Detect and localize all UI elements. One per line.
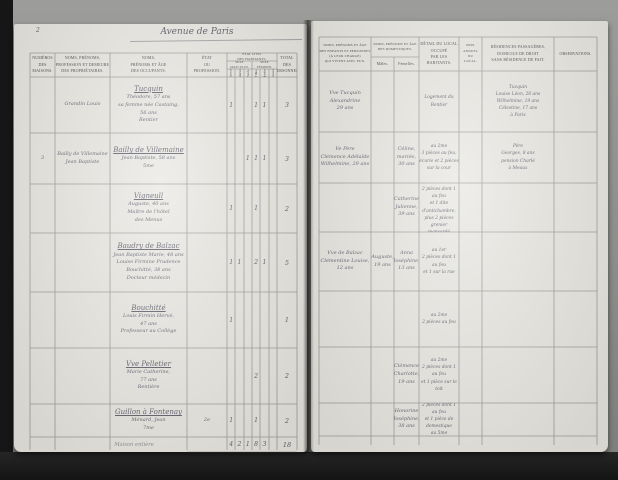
dwelling-detail: au 1er 2 pièces dont 1 au feu et 1 dite … xyxy=(419,183,459,232)
rent-price xyxy=(459,132,482,183)
count-garcons: 1 xyxy=(227,404,235,437)
observations-note xyxy=(554,403,597,436)
row-total: 3 xyxy=(277,77,297,133)
servants-male: Auguste, 19 ans xyxy=(371,232,394,291)
total-filles: 8 xyxy=(252,437,260,452)
occupant-family-name: Guillon à Fontenay xyxy=(115,408,182,417)
census-row: Vve Pelletier Marie Catherine, 77 ans Re… xyxy=(30,348,297,404)
occupant-details: Jean Baptiste, 58 ans 5me xyxy=(122,155,176,171)
occupant-entry: Guillon à Fontenay Ménard, Jean 7me xyxy=(110,404,187,437)
observations-note xyxy=(554,71,597,132)
count-veuves xyxy=(269,77,277,133)
total-maries: 2 xyxy=(235,437,243,452)
count-mariees: 1 xyxy=(260,133,268,184)
dwelling-detail: au 2me 3 pièces au feu, écurie et 2 pièc… xyxy=(419,132,459,183)
profession-note xyxy=(187,184,227,233)
etat-civil-counts: 2 xyxy=(227,348,277,404)
count-veufs xyxy=(244,404,252,437)
row-total: 1 xyxy=(277,292,297,348)
count-filles: 1 xyxy=(252,184,260,233)
profession-note xyxy=(187,292,227,348)
count-filles: 2 xyxy=(252,348,260,404)
count-mariees xyxy=(260,348,268,404)
occupant-family-name: Vve Pelletier xyxy=(126,360,171,369)
page-gutter-shadow xyxy=(303,20,314,453)
dwelling-detail: au 1er 2 pièces dont 1 au feu et 1 sur l… xyxy=(419,232,459,291)
census-row: Vve Tucquin Alexandrine 29 ans Logement … xyxy=(319,71,597,132)
count-veuves xyxy=(269,404,277,437)
header-numeros-maisons: NUMÉROS DES MAISONS. xyxy=(30,53,55,77)
owner-name: Bailly de Villemaine Jean Baptiste xyxy=(55,133,110,184)
rent-price xyxy=(459,232,482,291)
count-filles: 2 xyxy=(252,233,260,292)
occupant-entry: Bouchitté Louis Firmin Hervé, 47 ans Pro… xyxy=(110,292,187,348)
children-names xyxy=(319,183,371,232)
house-number xyxy=(30,348,55,404)
etat-civil-counts: 1 1 xyxy=(227,184,277,233)
census-row: au 2me 2 pièces au feu xyxy=(319,291,597,347)
etat-civil-counts: 1 1 1 xyxy=(227,77,277,133)
profession-note xyxy=(187,348,227,404)
children-names: Vve de Balzac Clémentine Louise, 12 ans xyxy=(319,232,371,291)
header-etat-profession: ÉTAT OU PROFESSION. xyxy=(187,53,227,77)
census-row: Guillon à Fontenay Ménard, Jean 7me 2e 1… xyxy=(30,404,297,437)
bottom-shadow-band xyxy=(0,452,618,480)
occupant-family-name: Vigneull xyxy=(134,192,163,201)
owner-name xyxy=(55,404,110,437)
count-veuves xyxy=(269,348,277,404)
profession-note xyxy=(187,133,227,184)
header-enfants: NOMS, PRÉNOMS ET ÂGE DES ENFANTS ET PERS… xyxy=(319,37,371,71)
occupant-details: Louis Firmin Hervé, 47 ans Professeur au… xyxy=(121,313,177,336)
temporary-residences xyxy=(482,291,554,347)
census-row: Grandin Louis Tucquin Théodore, 57 ans s… xyxy=(30,77,297,133)
count-veufs xyxy=(244,292,252,348)
count-garcons: 1 xyxy=(227,77,235,133)
count-garcons xyxy=(227,133,235,184)
row-total: 3 xyxy=(277,133,297,184)
header-observations: OBSERVATIONS. xyxy=(554,37,597,71)
count-filles: 1 xyxy=(252,404,260,437)
observations-note xyxy=(554,232,597,291)
profession-note xyxy=(187,77,227,133)
count-maries xyxy=(235,348,243,404)
dwelling-detail: au 2me 2 pièces au feu xyxy=(419,291,459,347)
header-etat-civil: ÉTAT CIVIL DES HABITANTS. xyxy=(227,53,277,61)
count-maries: 1 xyxy=(235,233,243,292)
rent-price xyxy=(459,291,482,347)
total-garcons: 4 xyxy=(227,437,235,452)
header-proprietaires: NOMS, PRÉNOMS, PROFESSION ET DEMEURE DES… xyxy=(55,53,110,77)
house-number xyxy=(30,292,55,348)
header-domestiques: NOMS, PRÉNOMS ET ÂGE DES DOMESTIQUES. xyxy=(371,37,419,57)
total-veufs: 1 xyxy=(244,437,252,452)
census-row: Honorine Joséphine, 38 ans 2 pièces dont… xyxy=(319,403,597,436)
totals-etat-civil: 4 2 1 8 3 xyxy=(227,437,277,452)
servants-male xyxy=(371,183,394,232)
census-row: Baudry de Balzac Jean Baptiste Marie, 48… xyxy=(30,233,297,292)
occupant-details: Auguste, 40 ans Maître de l'hôtel des Me… xyxy=(127,201,169,224)
header-detail-local: DÉTAIL DU LOCAL OCCUPÉ PAR LES HABITANTS… xyxy=(419,37,459,71)
rent-price xyxy=(459,183,482,232)
count-garcons xyxy=(227,348,235,404)
dwelling-detail: Logement du Rentier xyxy=(419,71,459,132)
servants-male xyxy=(371,347,394,403)
servants-male xyxy=(371,71,394,132)
profession-note: 2e xyxy=(187,404,227,437)
count-maries xyxy=(235,133,243,184)
etat-civil-counts: 1 xyxy=(227,292,277,348)
row-total: 2 xyxy=(277,404,297,437)
observations-note xyxy=(554,291,597,347)
servants-female: Catherine Julienne, 39 ans xyxy=(394,183,419,232)
count-veufs xyxy=(244,184,252,233)
etat-civil-counts: 1 1 1 xyxy=(227,133,277,184)
count-garcons: 1 xyxy=(227,292,235,348)
children-names xyxy=(319,403,371,436)
temporary-residences: Père Georges, 8 ans pension Charlé à Mea… xyxy=(482,132,554,183)
servants-female xyxy=(394,71,419,132)
count-mariees: 1 xyxy=(260,233,268,292)
temporary-residences xyxy=(482,232,554,291)
total-veuves xyxy=(269,437,277,452)
occupant-family-name: Tucquin xyxy=(134,85,163,94)
count-veuves xyxy=(269,184,277,233)
count-maries xyxy=(235,184,243,233)
header-total: TOTAL DES PERSONNES. xyxy=(277,53,297,77)
count-garcons: 1 xyxy=(227,233,235,292)
count-maries xyxy=(235,292,243,348)
left-page-sheet: 2 Avenue de Paris NUMÉROS DES MAISONS. N… xyxy=(14,24,307,452)
dwelling-detail: au 2me 2 pièces dont 1 au feu et 1 pièce… xyxy=(419,347,459,403)
scanned-register-view: 2 Avenue de Paris NUMÉROS DES MAISONS. N… xyxy=(0,0,618,480)
header-filles: Filles. xyxy=(252,69,260,77)
house-number xyxy=(30,233,55,292)
count-veuves xyxy=(269,292,277,348)
count-veuves xyxy=(269,233,277,292)
servants-male xyxy=(371,132,394,183)
header-males: Mâles. xyxy=(371,57,394,71)
owner-name xyxy=(55,292,110,348)
rent-price xyxy=(459,71,482,132)
observations-note xyxy=(554,183,597,232)
count-maries xyxy=(235,404,243,437)
count-garcons: 1 xyxy=(227,184,235,233)
header-garcons: Garçons. xyxy=(227,69,235,77)
owner-name: Grandin Louis xyxy=(55,77,110,133)
occupant-details: Marie Catherine, 77 ans Rentière xyxy=(127,369,170,392)
rent-price xyxy=(459,403,482,436)
house-number: 3 xyxy=(30,133,55,184)
servants-female: Anna Joséphine, 13 ans xyxy=(394,232,419,291)
count-veufs xyxy=(244,233,252,292)
header-veuves: Veuves. xyxy=(269,69,277,77)
grand-total: 18 xyxy=(277,437,297,452)
occupant-entry: Baudry de Balzac Jean Baptiste Marie, 48… xyxy=(110,233,187,292)
servants-male xyxy=(371,403,394,436)
header-femelles: Femelles. xyxy=(394,57,419,71)
occupant-entry: Vigneull Auguste, 40 ans Maître de l'hôt… xyxy=(110,184,187,233)
occupant-family-name: Baudry de Balzac xyxy=(117,242,179,251)
house-number xyxy=(30,404,55,437)
count-veufs xyxy=(244,77,252,133)
children-names xyxy=(319,291,371,347)
bottom-handwritten-note: Maison entière xyxy=(94,442,174,448)
count-veufs xyxy=(244,348,252,404)
header-occupants: NOMS, PRÉNOMS ET ÂGE DES OCCUPANTS. xyxy=(110,53,187,77)
occupant-family-name: Bouchitté xyxy=(131,304,165,313)
occupant-details: Jean Baptiste Marie, 48 ans Louise Firmi… xyxy=(113,252,183,283)
occupant-details: Théodore, 57 ans sa femme née Castaing, … xyxy=(118,94,179,125)
dwelling-detail: 2 pièces dont 1 au feu et 1 pièce de dom… xyxy=(419,403,459,436)
header-residences: RÉSIDENCES PASSAGÈRES, DOMICILE DE DROIT… xyxy=(482,37,554,71)
count-filles: 1 xyxy=(252,77,260,133)
house-number xyxy=(30,77,55,133)
owner-name xyxy=(55,348,110,404)
census-row: Catherine Julienne, 39 ans au 1er 2 pièc… xyxy=(319,183,597,232)
profession-note xyxy=(187,233,227,292)
servants-female: Céline, mariée, 30 ans xyxy=(394,132,419,183)
census-row: Ve Père Clémence Adélaïde Wilhelmine, 29… xyxy=(319,132,597,183)
house-number xyxy=(30,184,55,233)
header-prix-local: PRIX ANNUEL DU LOCAL. xyxy=(459,37,482,71)
total-mariees: 3 xyxy=(260,437,268,452)
count-filles: 1 xyxy=(252,133,260,184)
header-maries: Mariés. xyxy=(235,69,244,77)
temporary-residences xyxy=(482,347,554,403)
temporary-residences xyxy=(482,403,554,436)
etat-civil-counts: 1 1 2 1 xyxy=(227,233,277,292)
occupant-details: Ménard, Jean 7me xyxy=(131,417,165,433)
temporary-residences xyxy=(482,183,554,232)
count-veuves xyxy=(269,133,277,184)
count-maries xyxy=(235,77,243,133)
row-total: 5 xyxy=(277,233,297,292)
occupant-family-name: Bailly de Villemaine xyxy=(113,146,184,155)
count-mariees xyxy=(260,184,268,233)
count-veufs: 1 xyxy=(244,133,252,184)
census-row: Bouchitté Louis Firmin Hervé, 47 ans Pro… xyxy=(30,292,297,348)
census-row: Clémence Charlotte, 19 ans au 2me 2 pièc… xyxy=(319,347,597,403)
header-sexe-masculin: SEXE MASCULIN. xyxy=(227,61,252,69)
children-names: Vve Tucquin Alexandrine 29 ans xyxy=(319,71,371,132)
header-mariees: Mariées. xyxy=(260,69,269,77)
census-row: Vigneull Auguste, 40 ans Maître de l'hôt… xyxy=(30,184,297,233)
count-mariees: 1 xyxy=(260,77,268,133)
right-page-sheet: NOMS, PRÉNOMS ET ÂGE DES ENFANTS ET PERS… xyxy=(311,21,608,452)
census-row: Vve de Balzac Clémentine Louise, 12 ans … xyxy=(319,232,597,291)
owner-name xyxy=(55,184,110,233)
header-veufs: Veufs. xyxy=(244,69,252,77)
count-mariees xyxy=(260,404,268,437)
rent-price xyxy=(459,347,482,403)
etat-civil-counts: 1 1 xyxy=(227,404,277,437)
observations-note xyxy=(554,132,597,183)
count-mariees xyxy=(260,292,268,348)
row-total: 2 xyxy=(277,348,297,404)
servants-male xyxy=(371,291,394,347)
census-row: 3 Bailly de Villemaine Jean Baptiste Bai… xyxy=(30,133,297,184)
servants-female: Clémence Charlotte, 19 ans xyxy=(394,347,419,403)
servants-female xyxy=(394,291,419,347)
count-filles xyxy=(252,292,260,348)
occupant-entry: Tucquin Théodore, 57 ans sa femme née Ca… xyxy=(110,77,187,133)
children-names xyxy=(319,347,371,403)
row-total: 2 xyxy=(277,184,297,233)
occupant-entry: Bailly de Villemaine Jean Baptiste, 58 a… xyxy=(110,133,187,184)
servants-female: Honorine Joséphine, 38 ans xyxy=(394,403,419,436)
temporary-residences: Tucquin Louise Léon, 26 ans Wilhelmine, … xyxy=(482,71,554,132)
observations-note xyxy=(554,347,597,403)
children-names: Ve Père Clémence Adélaïde Wilhelmine, 29… xyxy=(319,132,371,183)
header-sexe-feminin: SEXE FÉMININ. xyxy=(252,61,277,69)
owner-name xyxy=(55,233,110,292)
occupant-entry: Vve Pelletier Marie Catherine, 77 ans Re… xyxy=(110,348,187,404)
